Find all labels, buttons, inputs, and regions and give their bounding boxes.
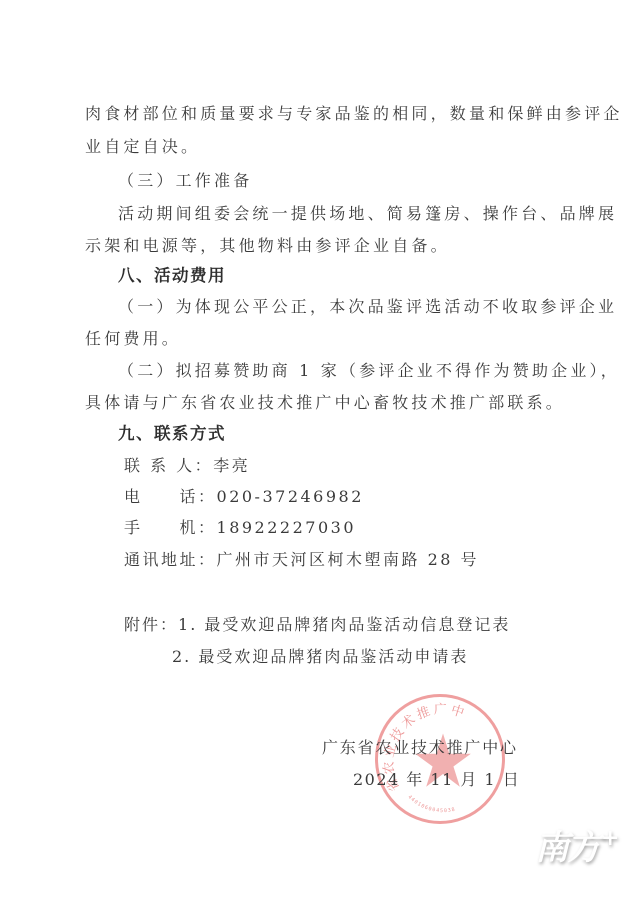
plus-icon: +	[601, 825, 617, 851]
contact-value: 18922227030	[217, 518, 356, 537]
watermark-text: 南方	[535, 828, 599, 868]
contact-value: 李亮	[213, 456, 250, 475]
body-line: 示架和电源等，其他物料由参评企业自备。	[85, 236, 450, 256]
section-heading-contact: 九、联系方式	[118, 424, 226, 444]
signature-organization: 广东省农业技术推广中心	[322, 738, 518, 758]
attachment-row-1: 附件：1. 最受欢迎品牌猪肉品鉴活动信息登记表	[124, 615, 510, 635]
contact-row-person: 联 系 人：李亮	[124, 456, 250, 476]
contact-row-phone: 电 话：020-37246982	[124, 487, 364, 507]
nanfang-plus-watermark: 南方+	[535, 820, 617, 869]
body-line: 具体请与广东省农业技术推广中心畜牧技术推广部联系。	[85, 393, 565, 413]
contact-row-address: 通讯地址：广州市天河区柯木塱南路 28 号	[124, 550, 479, 570]
contact-value: 广州市天河区柯木塱南路 28 号	[217, 550, 480, 569]
body-line: 任何费用。	[85, 329, 181, 349]
official-seal: 省农业技术推广中 4401060045038	[375, 694, 505, 824]
contact-row-mobile: 手 机：18922227030	[124, 518, 356, 538]
body-line: （一）为体现公平公正，本次品鉴评选活动不收取参评企业	[118, 297, 617, 317]
contact-label: 联 系 人：	[124, 456, 213, 476]
signature-date: 2024 年 11 月 1 日	[353, 770, 520, 790]
body-line: 业自定自决。	[85, 137, 200, 157]
body-line: （二）拟招募赞助商 1 家（参评企业不得作为赞助企业），	[118, 361, 620, 381]
contact-label: 手 机：	[124, 518, 217, 538]
body-line: 活动期间组委会统一提供场地、简易篷房、操作台、品牌展	[118, 204, 617, 224]
contact-label: 通讯地址：	[124, 550, 217, 570]
svg-text:4401060045038: 4401060045038	[407, 794, 457, 814]
attachment-item: 2. 最受欢迎品牌猪肉品鉴活动申请表	[172, 647, 468, 666]
contact-value: 020-37246982	[217, 487, 364, 506]
body-line: 肉食材部位和质量要求与专家品鉴的相同，数量和保鲜由参评企	[85, 104, 623, 124]
attachment-row-2: 2. 最受欢迎品牌猪肉品鉴活动申请表	[172, 647, 468, 667]
attachment-label: 附件：	[124, 615, 178, 634]
contact-label: 电 话：	[124, 487, 217, 507]
attachment-item: 1. 最受欢迎品牌猪肉品鉴活动信息登记表	[178, 615, 510, 634]
subheading-work-prep: （三）工作准备	[118, 171, 252, 191]
section-heading-fees: 八、活动费用	[118, 266, 226, 286]
